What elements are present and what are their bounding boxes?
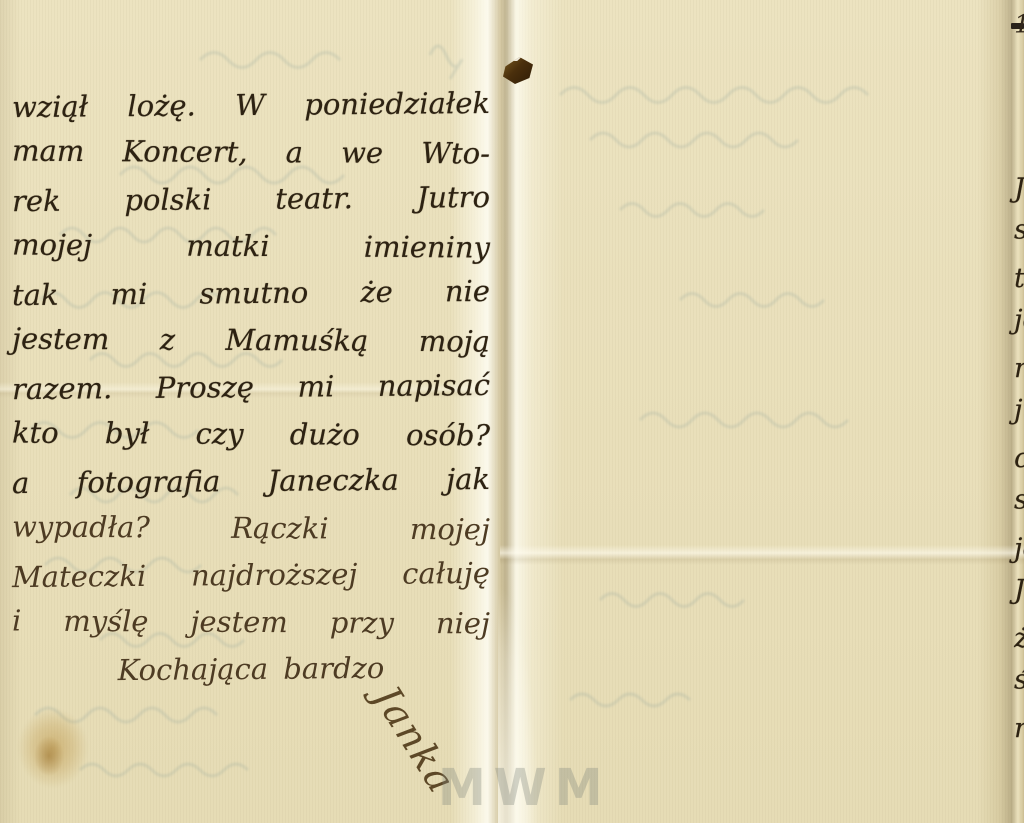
handwriting-line: Mateczki najdroższej całuję bbox=[12, 550, 490, 601]
handwriting-line: smutno mi dziś bardzo, że bbox=[1014, 207, 1024, 255]
handwriting-line: śpi w tej chwili u mnie bbox=[1014, 657, 1024, 705]
handwriting-line: na szezlongu, a czekamy żeby bbox=[1014, 702, 1024, 751]
mwm-watermark: MWM bbox=[438, 759, 610, 818]
handwriting-line: mojej matki imieniny bbox=[12, 222, 490, 272]
handwriting-line: kto był czy dużo osób? bbox=[12, 410, 490, 460]
handwriting-line: Janeczek jest tak grzeczny, bbox=[1014, 567, 1024, 615]
handwriting-line: rek polski teatr. Jutro bbox=[12, 174, 490, 225]
handwriting-line: mam Koncert, a we Wto- bbox=[12, 128, 490, 178]
left-page: wziął lożę. W poniedziałekmam Koncert, a… bbox=[0, 0, 496, 823]
right-page: 19 Marzec 1909 g. 12ᵃ w południe. Jedyna… bbox=[500, 0, 1024, 823]
handwriting-line: Jedyna moja Mamuśku! bbox=[1014, 162, 1024, 211]
handwriting-line: jej jestem! Ale przecież Ma: bbox=[1014, 297, 1024, 345]
handwriting-line: i myślę jestem przy niej bbox=[12, 598, 490, 648]
handwriting-line: Kochająca bardzo bbox=[12, 644, 490, 695]
handwriting-line: się nam ucieszył, i ciągle bbox=[1014, 477, 1024, 525]
handwriting-line: już powinnam była je: bbox=[1014, 387, 1024, 435]
letter-scan: wziął lożę. W poniedziałekmam Koncert, a… bbox=[0, 0, 1024, 823]
handwriting-line: razem. Proszę mi napisać bbox=[12, 362, 490, 413]
handwriting-line: chać do Stasia, który bardzo bbox=[1014, 432, 1024, 481]
right-page-lines: Jedyna moja Mamuśku!smutno mi dziś bardz… bbox=[1014, 164, 1024, 794]
handwriting-line: się obudził bbox=[1014, 747, 1024, 795]
handwriting-line: muśka sama czuła, że ja bbox=[1014, 342, 1024, 391]
handwriting-line: a fotografia Janeczka jak bbox=[12, 456, 490, 507]
handwriting-line: tak mi smutno że nie bbox=[12, 268, 490, 319]
date-header: 19 Marzec 1909 g. 12ᵃ w południe. bbox=[1014, 6, 1024, 38]
left-page-lines: wziął lożę. W poniedziałekmam Koncert, a… bbox=[12, 82, 490, 693]
handwriting-line: jest w dobrym humorze. bbox=[1014, 522, 1024, 571]
handwriting-line: że mu wcale nie dokucza, bbox=[1014, 612, 1024, 661]
handwriting-line: wypadła? Rączki mojej bbox=[12, 504, 490, 554]
handwriting-line: tak daleko od Mamusi mo: bbox=[1014, 252, 1024, 301]
handwriting-line: wziął lożę. W poniedziałek bbox=[12, 80, 490, 131]
handwriting-line: jestem z Mamuśką moją bbox=[12, 316, 490, 366]
